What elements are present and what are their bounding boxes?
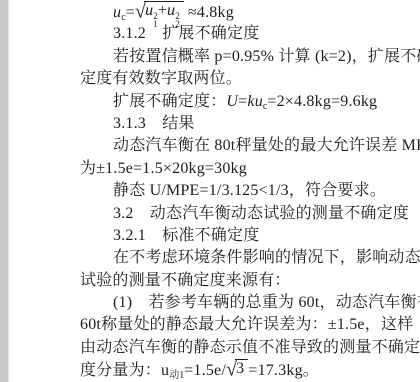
heading-3-2-1: 3.2.1 标准不确定度 xyxy=(80,225,420,247)
formula-label: 度分量为：u xyxy=(80,362,169,379)
heading-3-1-2: 3.1.2 扩展不确定度 xyxy=(80,23,420,45)
formula-result: =2×4.8kg=9.6kg xyxy=(267,93,377,110)
para-mpe-line-1: 动态汽车衡在 80t秤量处的最大允许误差 MPE xyxy=(80,135,420,157)
para-static-ratio: 静态 U/MPE=1/3.125<1/3，符合要求。 xyxy=(80,180,420,202)
document-page: uc=√u21+u22 ≈4.8kg 3.1.2 扩展不确定度 若按置信概率 p… xyxy=(0,0,420,382)
heading-3-1-3: 3.1.3 结果 xyxy=(80,113,420,135)
para-ref-vehicle-line-1: (1) 若参考车辆的总重为 60t，动态汽车衡在 xyxy=(80,292,420,314)
formula-middle: =1.5e/ xyxy=(184,362,226,379)
plus-sign: + xyxy=(158,2,167,19)
para-confidence-line-2: 定度有效数字取两位。 xyxy=(80,68,420,90)
term-u1: u xyxy=(145,2,153,19)
formula-var-u: u xyxy=(113,4,121,21)
scan-edge-strip xyxy=(0,0,9,382)
term-u2: u xyxy=(167,2,175,19)
formula-combined-standard-uncertainty: uc=√u21+u22 ≈4.8kg xyxy=(80,1,420,23)
formula-label: 扩展不确定度： xyxy=(113,93,226,110)
heading-3-2: 3.2 动态汽车衡动态试验的测量不确定度 xyxy=(80,203,420,225)
document-content: uc=√u21+u22 ≈4.8kg 3.1.2 扩展不确定度 若按置信概率 p… xyxy=(80,1,420,382)
formula-result: =17.3kg。 xyxy=(248,362,319,379)
para-ref-vehicle-line-2: 60t称量处的静态最大允许误差为：±1.5e，这样 xyxy=(80,314,420,336)
para-environment-line-2: 试验的测量不确定度来源有： xyxy=(80,270,420,292)
formula-u-dyn-subscript: 动1 xyxy=(169,370,184,381)
formula-expanded-uncertainty: 扩展不确定度：U=kuc=2×4.8kg=9.6kg xyxy=(80,91,420,113)
para-environment-line-1: 在不考虑环境条件影响的情况下，影响动态 xyxy=(80,247,420,269)
equals-sign: = xyxy=(126,4,135,21)
formula-var-U: U xyxy=(226,93,238,110)
formula-static-component: 度分量为：u动1=1.5e/√3=17.3kg。 xyxy=(80,359,420,381)
formula-var-k: k xyxy=(247,93,254,110)
para-mpe-line-2: 为±1.5e=1.5×20kg=30kg xyxy=(80,158,420,180)
radical-sign: √ xyxy=(226,360,237,380)
para-confidence-line-1: 若按置信概率 p=0.95% 计算 (k=2)，扩展不确 xyxy=(80,46,420,68)
para-ref-vehicle-line-3: 由动态汽车衡的静态示值不准导致的测量不确定 xyxy=(80,337,420,359)
radical-sign: √ xyxy=(135,2,146,22)
formula-var-u: u xyxy=(255,93,263,110)
formula-result: ≈4.8kg xyxy=(184,4,234,21)
square-root: √3 xyxy=(226,359,248,379)
